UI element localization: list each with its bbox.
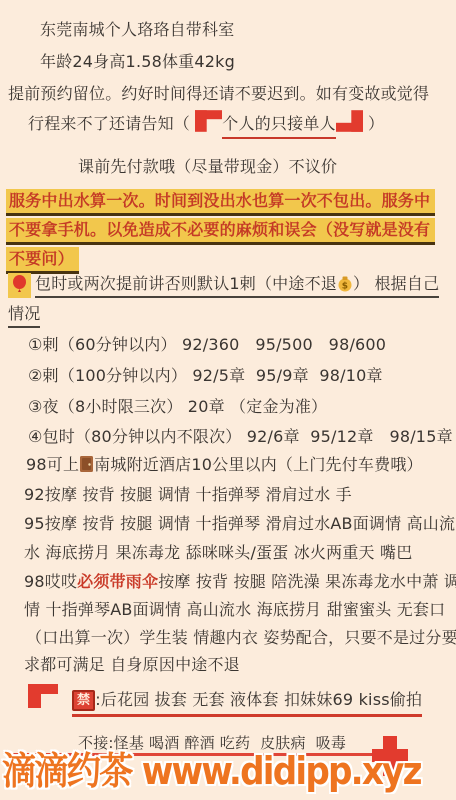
corner-mark-icon (28, 684, 58, 713)
notice-line-2-suffix: ） (363, 114, 385, 133)
payment-line: 课前先付款哦（尽量带现金）不议价 (78, 157, 337, 177)
door-icon (79, 455, 94, 478)
service-line-98a: 98哎哎必须带雨伞按摩 按背 按腿 陪洗澡 果冻毒龙水中萧 调 (24, 572, 456, 592)
notice-line-2: 行程来不了还请告知（ 个人的只接单人 ） (28, 110, 384, 137)
forbidden-list: :后花园 拔套 无套 液体套 扣妹妹69 kiss偷拍 (95, 690, 422, 709)
service-line-98b: 情 十指弹琴AB面调情 高山流水 海底捞月 甜蜜蜜头 无套口 (24, 600, 445, 620)
rule-highlight-3: 不要问） (6, 247, 79, 274)
watermark-brand: 滴滴约茶 (2, 749, 132, 793)
umbrella-warning: 必须带雨伞 (77, 572, 158, 591)
notice-line-2-prefix: 行程来不了还请告知（ (28, 114, 195, 133)
service-line-95a: 95按摩 按背 按腿 调情 十指弹琴 滑肩过水AB面调情 高山流 (24, 514, 455, 534)
service-line-98c: （口出算一次）学生装 情趣内衣 姿势配合，只要不是过分要 (26, 628, 456, 648)
service-line-95b: 水 海底捞月 果冻毒龙 舔咪咪头/蛋蛋 冰火两重天 嘴巴 (24, 543, 412, 563)
rule-highlight-2: 不要拿手机。以免造成不必要的麻烦和误会（没写就是没有 (6, 218, 435, 245)
tier98-rest: 按摩 按背 按腿 陪洗澡 果冻毒龙水中萧 调 (158, 572, 456, 591)
corner-quote-close-icon (336, 110, 363, 137)
default-rule-suffix: ） 根据自己 (353, 274, 439, 293)
outcall-line: 98可上南城附近酒店10公里以内（上门先付车费哦） (26, 455, 423, 478)
price-item-2: ②剌（100分钟以内） 92/5章 95/9章 98/10章 (28, 366, 383, 386)
forbidden-line: 禁:后花园 拔套 无套 液体套 扣妹妹69 kiss偷拍 (28, 684, 422, 713)
default-rule-prefix: 包时或两次提前讲否则默认1剌（中途不退 (35, 274, 337, 293)
svg-text:$: $ (342, 282, 348, 292)
default-rule-line-2: 情况 (8, 304, 40, 324)
single-client-quote: 个人的只接单人 (222, 114, 335, 139)
price-item-3: ③夜（8小时限三次） 20章 （定金为准） (28, 397, 327, 417)
balloon-icon (8, 273, 31, 298)
outcall-prefix: 98可上 (26, 455, 79, 474)
watermark: 滴滴约茶 www.didipp.xyz (2, 740, 421, 795)
outcall-suffix: 南城附近酒店10公里以内（上门先付车费哦） (94, 455, 423, 474)
price-item-4: ④包时（80分钟以内不限次） 92/6章 95/12章 98/15章 (28, 427, 453, 447)
rule-highlight-1: 服务中出水算一次。时间到没出水也算一次不包出。服务中 (6, 189, 435, 216)
money-bag-icon: $ (337, 276, 353, 297)
default-rule-line-1: 包时或两次提前讲否则默认1剌（中途不退$） 根据自己 (8, 273, 439, 298)
service-line-98d: 求都可满足 自身原因中途不退 (24, 655, 240, 675)
stats-line: 年龄24身高1.58体重42kg (40, 52, 235, 72)
notice-line-1: 提前预约留位。约好时间得还请不要迟到。如有变故或觉得 (8, 84, 429, 104)
watermark-site: www.didipp.xyz (142, 749, 421, 793)
tier98-prefix: 98哎哎 (24, 572, 77, 591)
flyer-page: 东莞南城个人珞珞自带科室 年龄24身高1.58体重42kg 提前预约留位。约好时… (0, 0, 456, 800)
forbidden-badge: 禁 (72, 690, 95, 711)
price-item-1: ①剌（60分钟以内） 92/360 95/500 98/600 (28, 335, 386, 355)
service-line-92: 92按摩 按背 按腿 调情 十指弹琴 滑肩过水 手 (24, 485, 352, 505)
corner-quote-open-icon (195, 110, 222, 137)
page-title: 东莞南城个人珞珞自带科室 (40, 20, 234, 40)
